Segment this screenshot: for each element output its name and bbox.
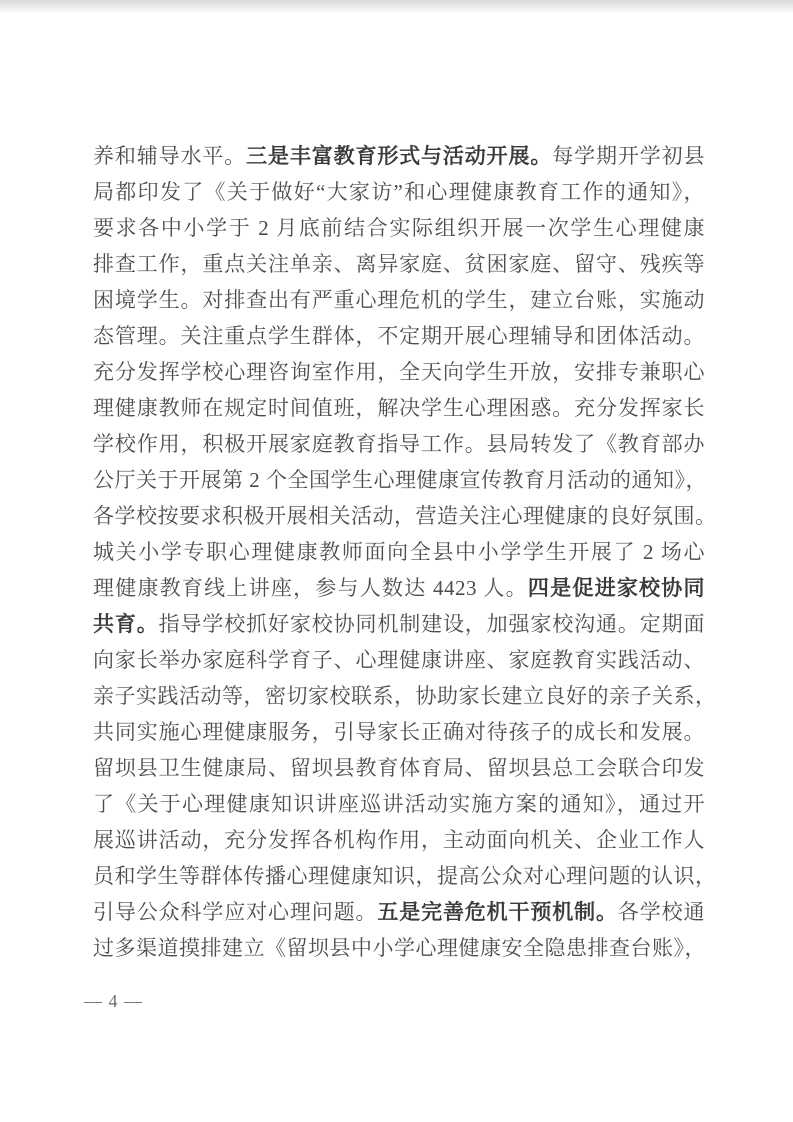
- text-line: 留坝县卫生健康局、留坝县教育体育局、留坝县总工会联合印发: [93, 750, 705, 786]
- bold-heading-text: 三是丰富教育形式与活动开展。: [246, 144, 552, 168]
- document-page: 养和辅导水平。三是丰富教育形式与活动开展。每学期开学初县局都印发了《关于做好“大…: [0, 0, 793, 1122]
- scan-edge-shadow: [0, 0, 793, 14]
- body-text: 共同实施心理健康服务，引导家长正确对待孩子的成长和发展。: [93, 720, 705, 744]
- body-text: 过多渠道摸排建立《留坝县中小学心理健康安全隐患排查台账》，: [93, 936, 706, 960]
- text-line: 共育。指导学校抓好家校协同机制建设，加强家校沟通。定期面: [93, 606, 705, 642]
- text-line: 局都印发了《关于做好“大家访”和心理健康教育工作的通知》，: [93, 174, 705, 210]
- text-line: 理健康教育线上讲座，参与人数达 4423 人。四是促进家校协同: [93, 570, 705, 606]
- body-text: 每学期开学初县: [552, 144, 705, 168]
- document-body: 养和辅导水平。三是丰富教育形式与活动开展。每学期开学初县局都印发了《关于做好“大…: [93, 138, 705, 966]
- body-text: 各学校按要求积极开展相关活动，营造关注心理健康的良好氛围。: [93, 504, 717, 528]
- text-line: 充分发挥学校心理咨询室作用，全天向学生开放，安排专兼职心: [93, 354, 705, 390]
- text-line: 亲子实践活动等，密切家校联系，协助家长建立良好的亲子关系，: [93, 678, 705, 714]
- text-line: 城关小学专职心理健康教师面向全县中小学学生开展了 2 场心: [93, 534, 705, 570]
- bold-heading-text: 五是完善危机干预机制。: [377, 900, 618, 924]
- body-text: 了《关于心理健康知识讲座巡讲活动实施方案的通知》，通过开: [93, 792, 705, 816]
- body-text: 局都印发了《关于做好“大家访”和心理健康教育工作的通知》，: [93, 180, 705, 204]
- text-line: 过多渠道摸排建立《留坝县中小学心理健康安全隐患排查台账》，: [93, 930, 705, 966]
- text-line: 学校作用，积极开展家庭教育指导工作。县局转发了《教育部办: [93, 426, 705, 462]
- text-line: 员和学生等群体传播心理健康知识，提高公众对心理问题的认识，: [93, 858, 705, 894]
- body-text: 向家长举办家庭科学育子、心理健康讲座、家庭教育实践活动、: [93, 648, 705, 672]
- body-text: 亲子实践活动等，密切家校联系，协助家长建立良好的亲子关系，: [93, 684, 717, 708]
- body-text: 困境学生。对排查出有严重心理危机的学生，建立台账，实施动: [93, 288, 705, 312]
- text-line: 排查工作，重点关注单亲、离异家庭、贫困家庭、留守、残疾等: [93, 246, 705, 282]
- text-line: 理健康教师在规定时间值班，解决学生心理困惑。充分发挥家长: [93, 390, 705, 426]
- text-line: 困境学生。对排查出有严重心理危机的学生，建立台账，实施动: [93, 282, 705, 318]
- text-line: 展巡讲活动，充分发挥各机构作用，主动面向机关、企业工作人: [93, 822, 705, 858]
- body-text: 排查工作，重点关注单亲、离异家庭、贫困家庭、留守、残疾等: [93, 252, 705, 276]
- bold-heading-text: 共育。: [93, 612, 159, 636]
- body-text: 学校作用，积极开展家庭教育指导工作。县局转发了《教育部办: [93, 432, 705, 456]
- text-line: 共同实施心理健康服务，引导家长正确对待孩子的成长和发展。: [93, 714, 705, 750]
- text-line: 向家长举办家庭科学育子、心理健康讲座、家庭教育实践活动、: [93, 642, 705, 678]
- body-text: 理健康教师在规定时间值班，解决学生心理困惑。充分发挥家长: [93, 396, 705, 420]
- body-text: 留坝县卫生健康局、留坝县教育体育局、留坝县总工会联合印发: [93, 756, 705, 780]
- page-number: — 4 —: [84, 991, 143, 1012]
- body-text: 态管理。关注重点学生群体，不定期开展心理辅导和团体活动。: [93, 324, 705, 348]
- text-line: 要求各中小学于 2 月底前结合实际组织开展一次学生心理健康: [93, 210, 705, 246]
- text-line: 各学校按要求积极开展相关活动，营造关注心理健康的良好氛围。: [93, 498, 705, 534]
- body-text: 指导学校抓好家校协同机制建设，加强家校沟通。定期面: [159, 612, 705, 636]
- text-line: 态管理。关注重点学生群体，不定期开展心理辅导和团体活动。: [93, 318, 705, 354]
- body-text: 展巡讲活动，充分发挥各机构作用，主动面向机关、企业工作人: [93, 828, 705, 852]
- text-line: 了《关于心理健康知识讲座巡讲活动实施方案的通知》，通过开: [93, 786, 705, 822]
- body-text: 引导公众科学应对心理问题。: [93, 900, 377, 924]
- text-line: 养和辅导水平。三是丰富教育形式与活动开展。每学期开学初县: [93, 138, 705, 174]
- text-line: 公厅关于开展第 2 个全国学生心理健康宣传教育月活动的通知》，: [93, 462, 705, 498]
- text-line: 引导公众科学应对心理问题。五是完善危机干预机制。各学校通: [93, 894, 705, 930]
- body-text: 充分发挥学校心理咨询室作用，全天向学生开放，安排专兼职心: [93, 360, 705, 384]
- body-text: 员和学生等群体传播心理健康知识，提高公众对心理问题的认识，: [93, 864, 717, 888]
- body-text: 各学校通: [618, 900, 705, 924]
- body-text: 公厅关于开展第 2 个全国学生心理健康宣传教育月活动的通知》，: [93, 468, 707, 492]
- body-text: 养和辅导水平。: [93, 144, 246, 168]
- bold-heading-text: 四是促进家校协同: [528, 576, 705, 600]
- body-text: 城关小学专职心理健康教师面向全县中小学学生开展了 2 场心: [93, 540, 705, 564]
- body-text: 理健康教育线上讲座，参与人数达 4423 人。: [93, 576, 528, 600]
- body-text: 要求各中小学于 2 月底前结合实际组织开展一次学生心理健康: [93, 216, 705, 240]
